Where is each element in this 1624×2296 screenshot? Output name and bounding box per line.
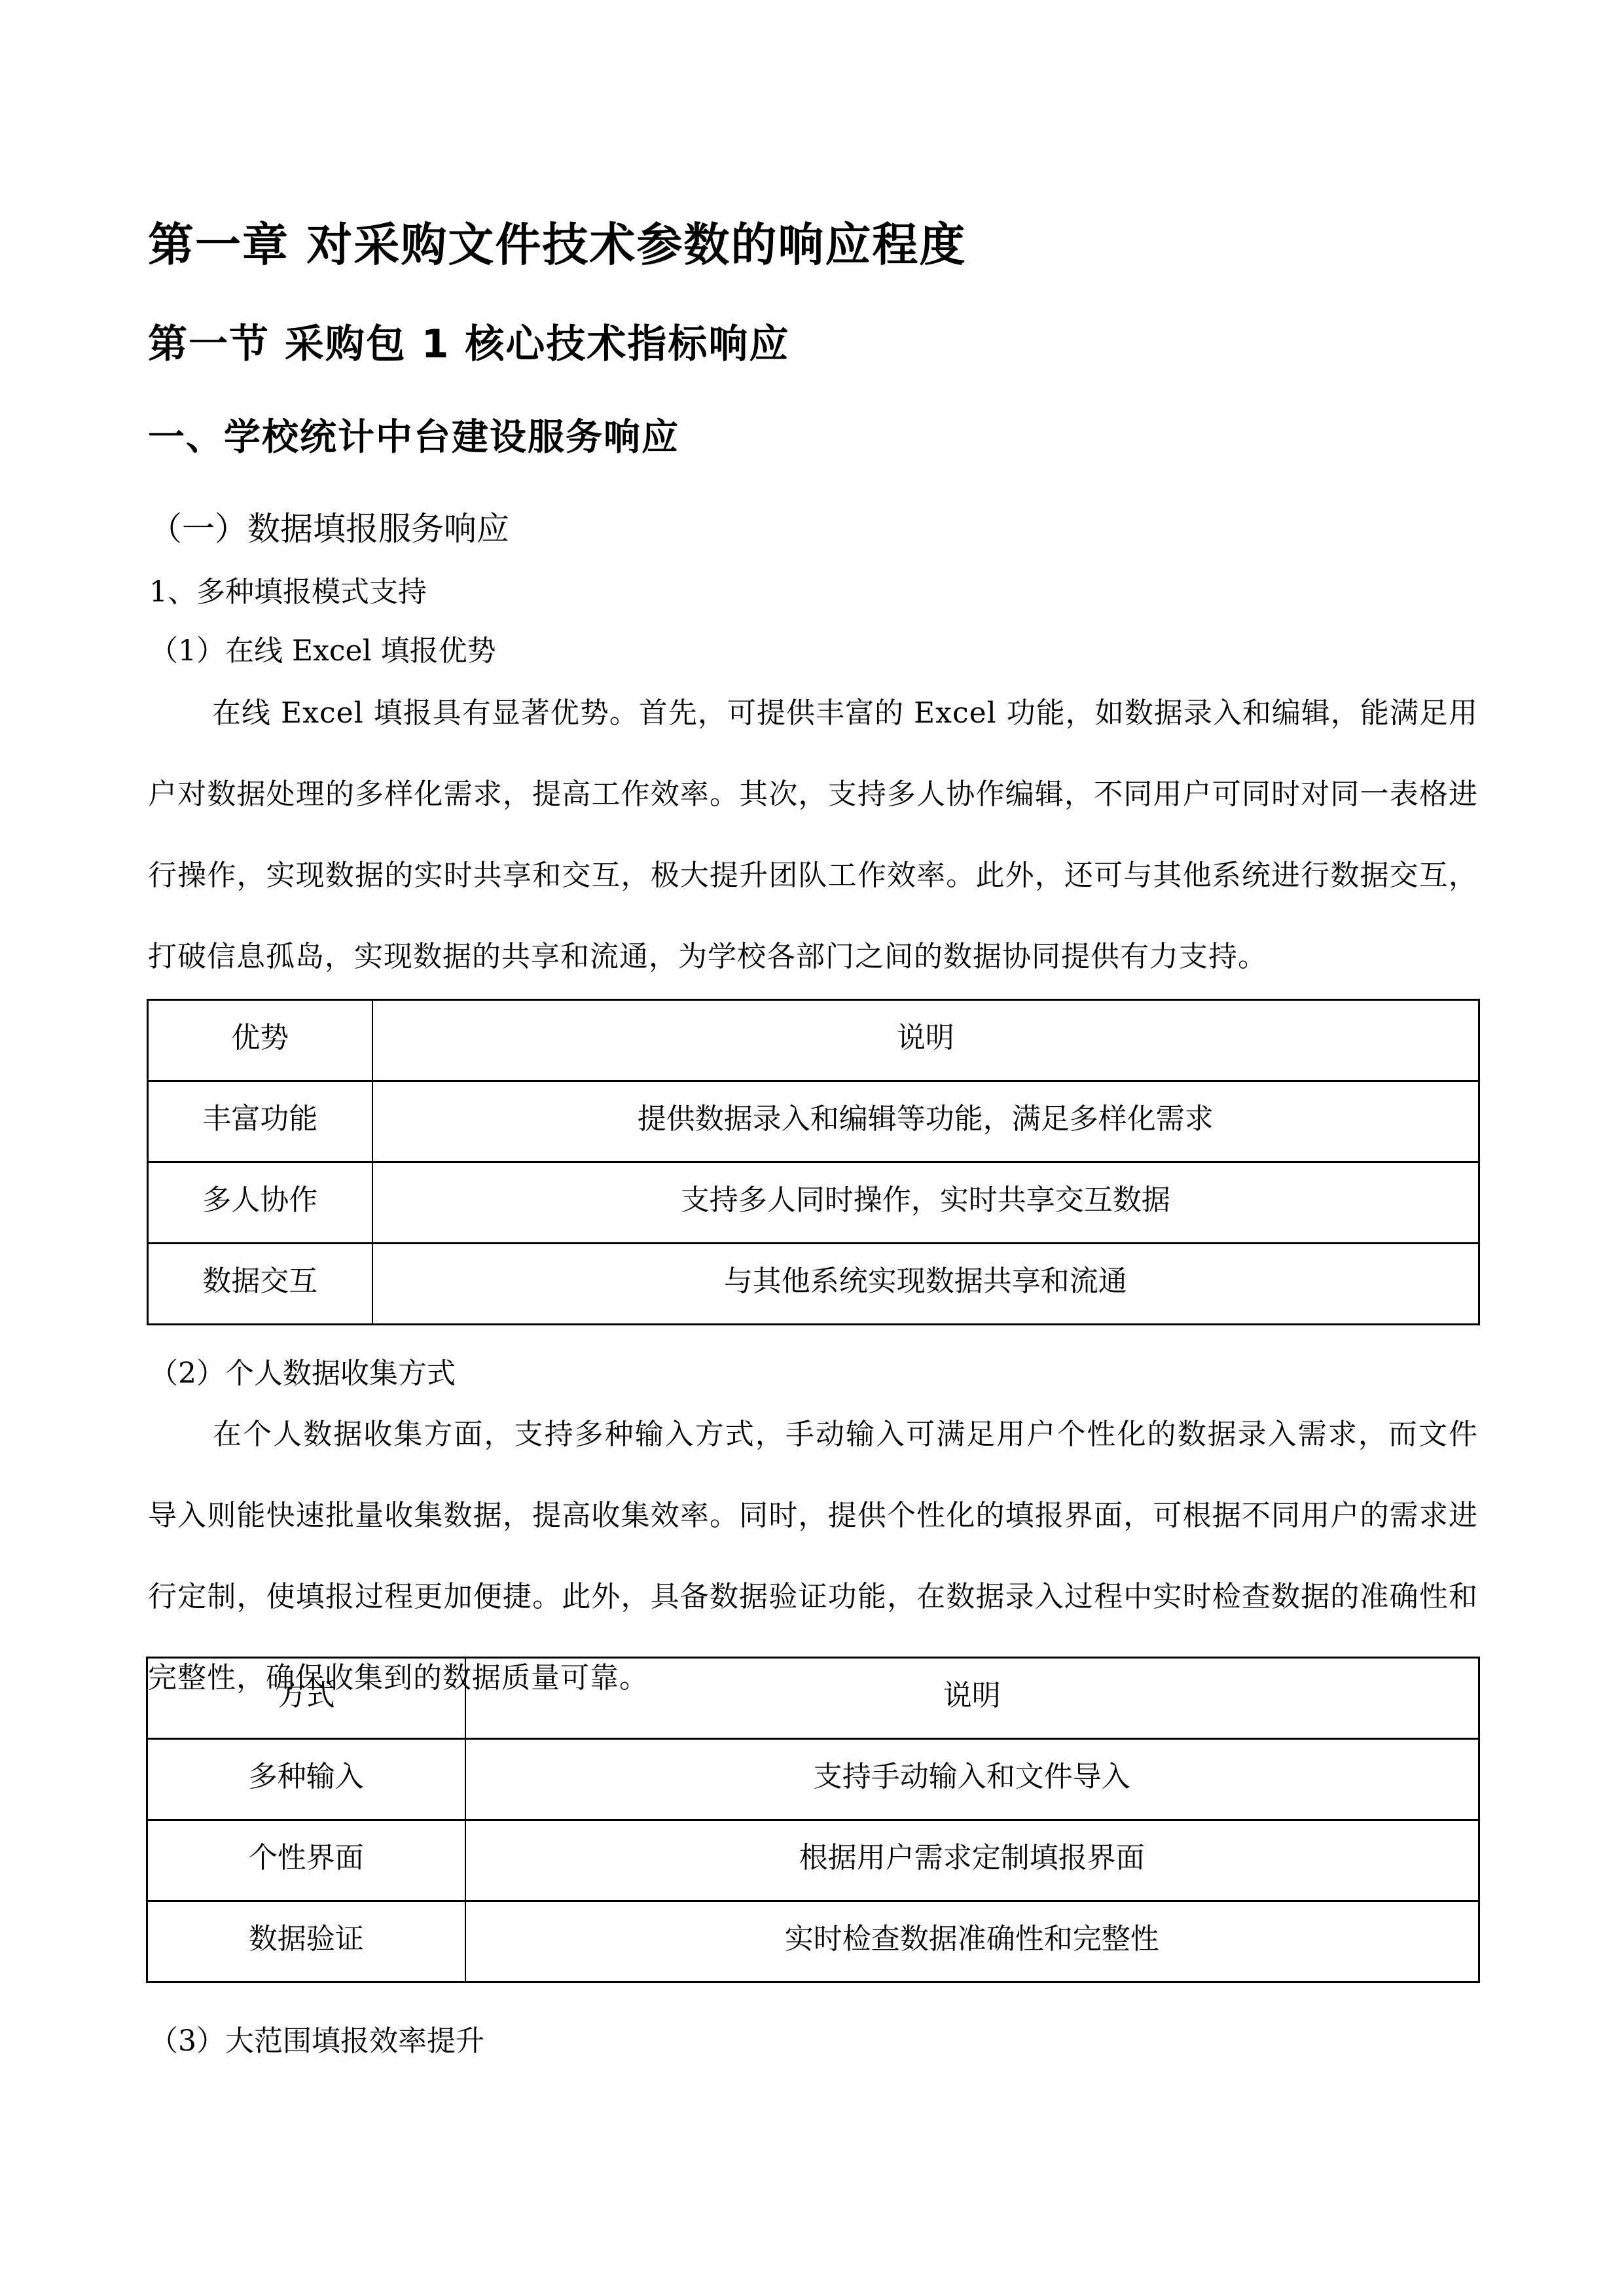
table-cell: 多种输入 bbox=[147, 1739, 465, 1820]
table-row: 丰富功能 提供数据录入和编辑等功能，满足多样化需求 bbox=[148, 1081, 1479, 1162]
sub-subsection-title: （一）数据填报服务响应 bbox=[149, 503, 509, 550]
table-header-cell: 优势 bbox=[148, 1000, 372, 1081]
table-header-cell: 说明 bbox=[465, 1658, 1479, 1739]
subsection-title: 一、学校统计中台建设服务响应 bbox=[148, 408, 679, 461]
table-header-row: 方式 说明 bbox=[147, 1658, 1479, 1739]
item-title: 1、多种填报模式支持 bbox=[149, 568, 427, 610]
chapter-title: 第一章 对采购文件技术参数的响应程度 bbox=[148, 208, 966, 274]
table-cell: 根据用户需求定制填报界面 bbox=[465, 1820, 1479, 1901]
table-row: 多人协作 支持多人同时操作，实时共享交互数据 bbox=[148, 1162, 1479, 1244]
table-header-cell: 说明 bbox=[372, 1000, 1479, 1081]
table-cell: 与其他系统实现数据共享和流通 bbox=[372, 1244, 1479, 1325]
table-cell: 个性界面 bbox=[147, 1820, 465, 1901]
document-page: 第一章 对采购文件技术参数的响应程度 第一节 采购包 1 核心技术指标响应 一、… bbox=[0, 0, 1624, 2296]
table-cell: 数据验证 bbox=[147, 1901, 465, 1982]
table-row: 个性界面 根据用户需求定制填报界面 bbox=[147, 1820, 1479, 1901]
table-cell: 丰富功能 bbox=[148, 1081, 372, 1162]
block-heading: （1）在线 Excel 填报优势 bbox=[149, 627, 496, 669]
advantages-table: 优势 说明 丰富功能 提供数据录入和编辑等功能，满足多样化需求 多人协作 支持多… bbox=[147, 999, 1480, 1325]
table-cell: 提供数据录入和编辑等功能，满足多样化需求 bbox=[372, 1081, 1479, 1162]
table-cell: 支持手动输入和文件导入 bbox=[465, 1739, 1479, 1820]
section-title: 第一节 采购包 1 核心技术指标响应 bbox=[148, 313, 789, 369]
table-cell: 实时检查数据准确性和完整性 bbox=[465, 1901, 1479, 1982]
table-cell: 多人协作 bbox=[148, 1162, 372, 1244]
paragraph-text: 在线 Excel 填报具有显著优势。首先，可提供丰富的 Excel 功能，如数据… bbox=[148, 696, 1478, 973]
table-header-cell: 方式 bbox=[147, 1658, 465, 1739]
table-header-row: 优势 说明 bbox=[148, 1000, 1479, 1081]
table-row: 多种输入 支持手动输入和文件导入 bbox=[147, 1739, 1479, 1820]
block-heading: （2）个人数据收集方式 bbox=[149, 1350, 456, 1391]
block-heading: （3）大范围填报效率提升 bbox=[149, 2017, 484, 2059]
body-paragraph: 在线 Excel 填报具有显著优势。首先，可提供丰富的 Excel 功能，如数据… bbox=[148, 673, 1478, 997]
paragraph-text: 在个人数据收集方面，支持多种输入方式，手动输入可满足用户个性化的数据录入需求，而… bbox=[148, 1418, 1478, 1695]
table-row: 数据交互 与其他系统实现数据共享和流通 bbox=[148, 1244, 1479, 1325]
methods-table: 方式 说明 多种输入 支持手动输入和文件导入 个性界面 根据用户需求定制填报界面… bbox=[146, 1657, 1480, 1983]
table-cell: 数据交互 bbox=[148, 1244, 372, 1325]
table-row: 数据验证 实时检查数据准确性和完整性 bbox=[147, 1901, 1479, 1982]
table-cell: 支持多人同时操作，实时共享交互数据 bbox=[372, 1162, 1479, 1244]
